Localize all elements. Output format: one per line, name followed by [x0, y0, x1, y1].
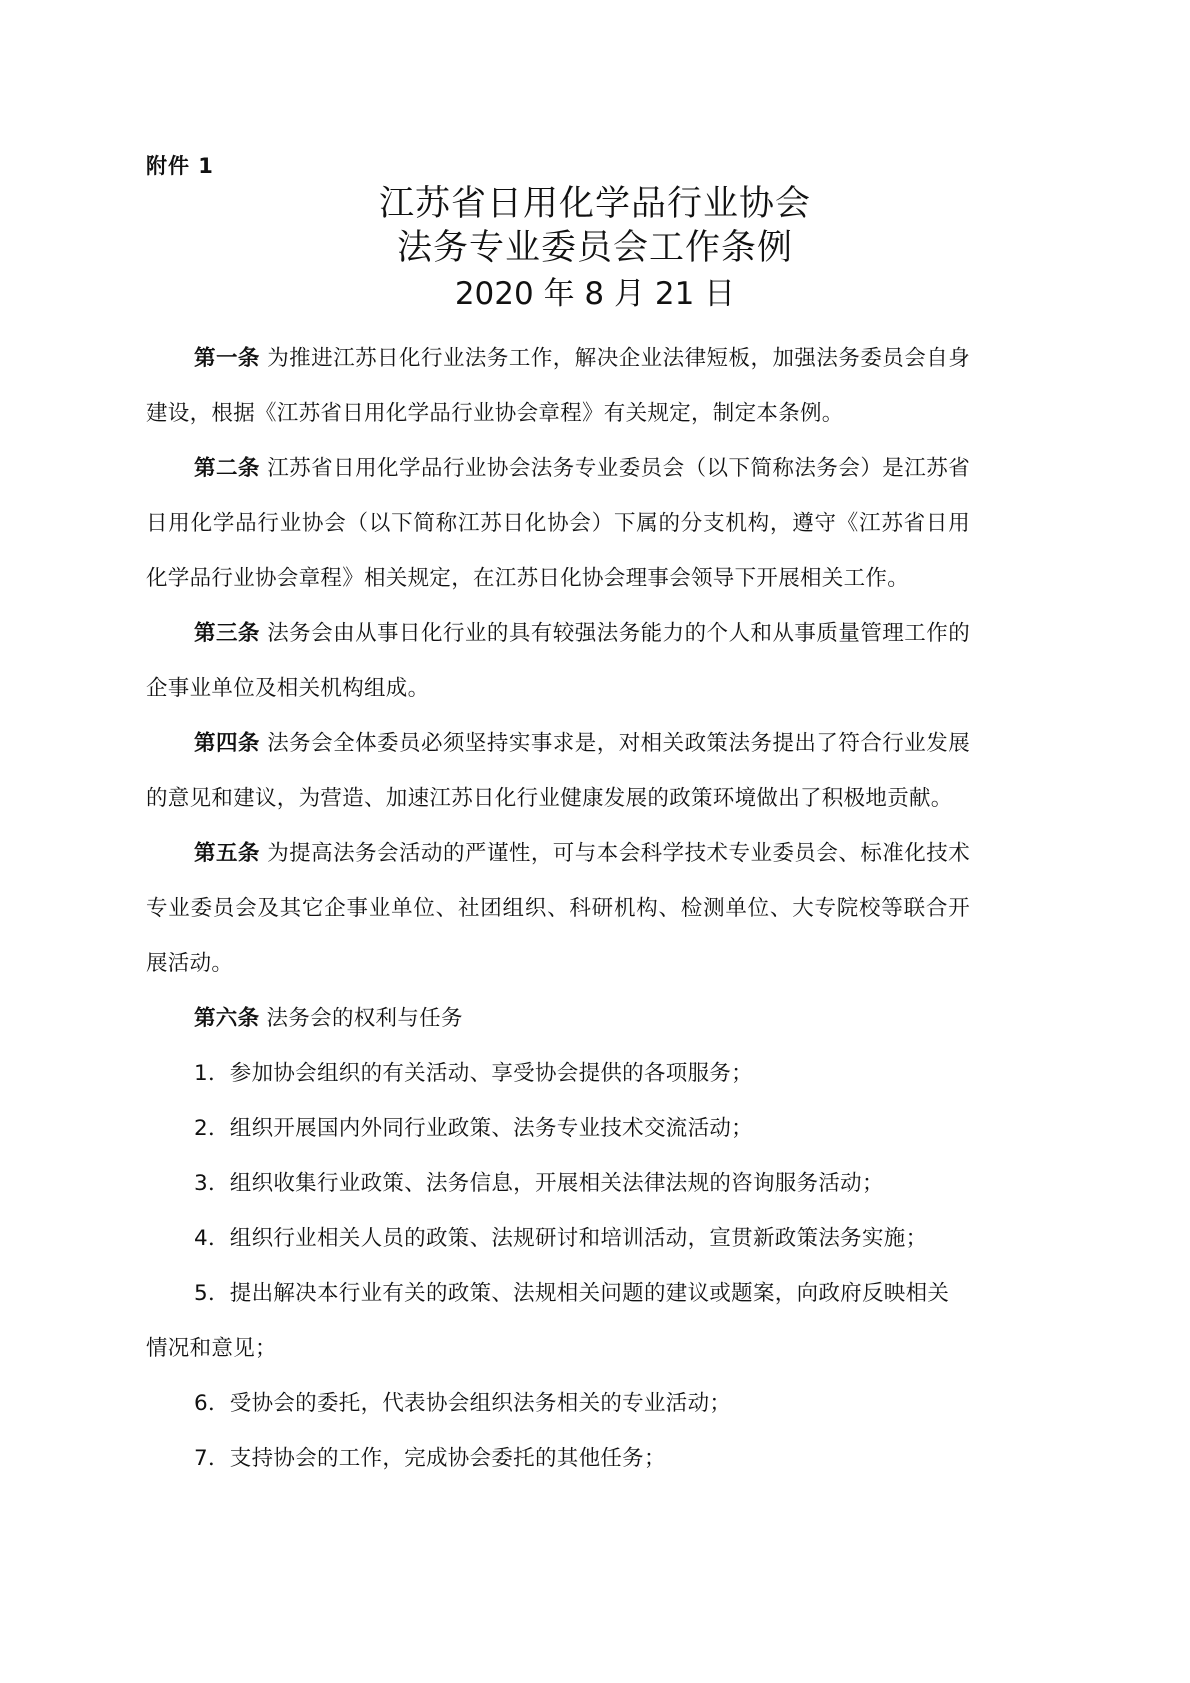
article-text: 为推进江苏日化行业法务工作，解决企业法律短板，加强法务委员会自身建设，根据《江苏…: [146, 346, 970, 426]
document-page: 附件 1 江苏省日用化学品行业协会 法务专业委员会工作条例 2020 年 8 月…: [0, 0, 1190, 1683]
item-number: 7．: [194, 1446, 230, 1471]
article-label: 第三条: [194, 621, 260, 646]
list-item: 1．参加协会组织的有关活动、享受协会提供的各项服务；: [146, 1046, 970, 1101]
article-text: 法务会由从事日化行业的具有较强法务能力的个人和从事质量管理工作的企事业单位及相关…: [146, 621, 970, 701]
document-date: 2020 年 8 月 21 日: [0, 268, 1190, 313]
article-label: 第六条: [194, 1006, 259, 1031]
list-item: 2．组织开展国内外同行业政策、法务专业技术交流活动；: [146, 1101, 970, 1156]
article-3: 第三条 法务会由从事日化行业的具有较强法务能力的个人和从事质量管理工作的企事业单…: [146, 606, 970, 716]
item-text: 受协会的委托，代表协会组织法务相关的专业活动；: [230, 1391, 731, 1416]
item-number: 1．: [194, 1061, 230, 1086]
article-label: 第四条: [194, 731, 260, 756]
document-body: 第一条 为推进江苏日化行业法务工作，解决企业法律短板，加强法务委员会自身建设，根…: [146, 331, 970, 1486]
article-text: 江苏省日用化学品行业协会法务专业委员会（以下简称法务会）是江苏省日用化学品行业协…: [146, 456, 970, 591]
list-item: 5．提出解决本行业有关的政策、法规相关问题的建议或题案，向政府反映相关情况和意见…: [146, 1266, 970, 1376]
article-label: 第五条: [194, 841, 260, 866]
article-label: 第一条: [194, 346, 260, 371]
document-title-line-1: 江苏省日用化学品行业协会: [0, 176, 1190, 226]
article-5: 第五条 为提高法务会活动的严谨性，可与本会科学技术专业委员会、标准化技术专业委员…: [146, 826, 970, 991]
item-number: 4．: [194, 1226, 230, 1251]
article-text: 为提高法务会活动的严谨性，可与本会科学技术专业委员会、标准化技术专业委员会及其它…: [146, 841, 970, 976]
article-label: 第二条: [194, 456, 260, 481]
list-item: 7．支持协会的工作，完成协会委托的其他任务；: [146, 1431, 970, 1486]
list-item: 3．组织收集行业政策、法务信息，开展相关法律法规的咨询服务活动；: [146, 1156, 970, 1211]
document-title-line-2: 法务专业委员会工作条例: [0, 220, 1190, 270]
item-number: 5．: [194, 1281, 230, 1306]
list-item: 4．组织行业相关人员的政策、法规研讨和培训活动，宣贯新政策法务实施；: [146, 1211, 970, 1266]
article-2: 第二条 江苏省日用化学品行业协会法务专业委员会（以下简称法务会）是江苏省日用化学…: [146, 441, 970, 606]
article-1: 第一条 为推进江苏日化行业法务工作，解决企业法律短板，加强法务委员会自身建设，根…: [146, 331, 970, 441]
article-4: 第四条 法务会全体委员必须坚持实事求是，对相关政策法务提出了符合行业发展的意见和…: [146, 716, 970, 826]
item-number: 6．: [194, 1391, 230, 1416]
article-text: 法务会的权利与任务: [267, 1006, 463, 1031]
item-number: 2．: [194, 1116, 230, 1141]
item-text: 参加协会组织的有关活动、享受协会提供的各项服务；: [230, 1061, 753, 1086]
item-number: 3．: [194, 1171, 230, 1196]
item-text: 提出解决本行业有关的政策、法规相关问题的建议或题案，向政府反映相关情况和意见；: [146, 1281, 949, 1361]
item-text: 组织收集行业政策、法务信息，开展相关法律法规的咨询服务活动；: [230, 1171, 884, 1196]
item-text: 组织开展国内外同行业政策、法务专业技术交流活动；: [230, 1116, 753, 1141]
list-item: 6．受协会的委托，代表协会组织法务相关的专业活动；: [146, 1376, 970, 1431]
article-text: 法务会全体委员必须坚持实事求是，对相关政策法务提出了符合行业发展的意见和建议，为…: [146, 731, 970, 811]
item-text: 支持协会的工作，完成协会委托的其他任务；: [230, 1446, 666, 1471]
article-6: 第六条 法务会的权利与任务: [146, 991, 970, 1046]
item-text: 组织行业相关人员的政策、法规研讨和培训活动，宣贯新政策法务实施；: [230, 1226, 928, 1251]
